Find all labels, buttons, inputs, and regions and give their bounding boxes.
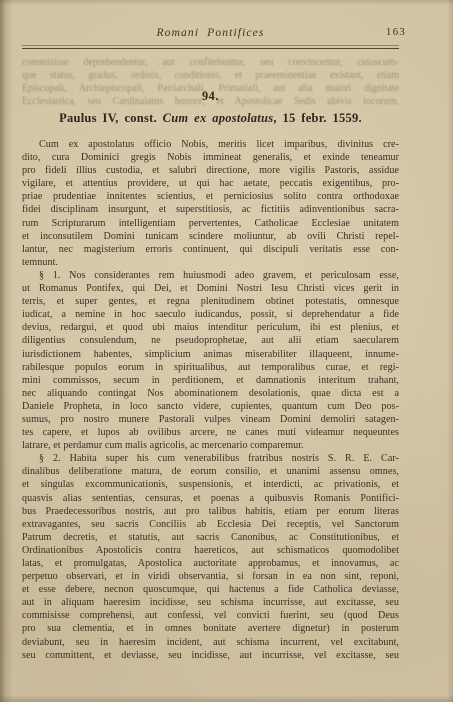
page-left-edge-shadow: [0, 0, 13, 702]
text-line: mini commissos, secum in perditionem, et…: [22, 374, 399, 387]
paragraph: § 2. Habita super his cum venerabilibus …: [22, 452, 399, 662]
text-line: Daniele Propheta, in loco sancto videre,…: [22, 400, 399, 413]
text-line: extravagantes, seu sacris Conciliis ab E…: [22, 518, 399, 531]
text-line: temnunt.: [22, 256, 399, 269]
text-line: lantur, nec magisterium erroris continue…: [22, 243, 399, 256]
text-line: § 2. Habita super his cum venerabilibus …: [22, 452, 399, 465]
text-line: dinalibus deliberatione matura, de eorum…: [22, 465, 399, 478]
paragraph: Cum ex apostolatus officio Nobis, meriti…: [22, 138, 399, 269]
text-line: priae prudentiae innitentes scientius, e…: [22, 190, 399, 203]
heading-italic-title: Cum ex apostolatus: [163, 111, 274, 125]
text-line: pro sua clementia, et in omnes bonitate …: [22, 622, 399, 635]
text-line: fidei disciplinam insurgunt, et supersti…: [22, 203, 399, 216]
text-line: Ordinationibus Apostolicis contra haeret…: [22, 544, 399, 557]
page-number: 163: [386, 26, 406, 38]
section-number: 94.: [22, 89, 399, 104]
text-line: iudicat, a nemine in hoc saeculo iudican…: [22, 308, 399, 321]
text-line: et inconsutilem Domini tunicam scindere …: [22, 230, 399, 243]
text-line: seu committent, et deviasse, seu incidis…: [22, 649, 399, 662]
page-right-edge-shadow: [447, 0, 453, 702]
running-head: Romani Pontifices 163: [22, 26, 399, 43]
heading-prefix: Paulus IV, const.: [59, 111, 163, 125]
text-line: terris, et super gentes, et regna plenit…: [22, 295, 399, 308]
text-line: sumus, pro nostro munere Pastorali vulpe…: [22, 413, 399, 426]
text-line: commisisse comprehensi, aut confessi, ve…: [22, 609, 399, 622]
text-line: vigilare, et attentius providere, ut qui…: [22, 177, 399, 190]
paragraph: § 1. Nos considerantes rem huiusmodi ade…: [22, 269, 399, 452]
heading-suffix: , 15 febr. 1559.: [273, 111, 362, 125]
text-line: aut in aliquam haeresim incidisse, seu s…: [22, 596, 399, 609]
text-line: rum Scripturarum intelligentiam perverte…: [22, 217, 399, 230]
text-line: latas, et promulgatas, Apostolica auctor…: [22, 557, 399, 570]
text-line: § 1. Nos considerantes rem huiusmodi ade…: [22, 269, 399, 282]
text-line: bus Praedecessoribus nostris, aut pro ta…: [22, 505, 399, 518]
text-line: et esse debere, necnon quoscumque, qui h…: [22, 583, 399, 596]
text-line: quasvis alias sententias, censuras, et p…: [22, 492, 399, 505]
running-head-title: Romani Pontifices: [22, 26, 399, 39]
text-line: et singulas excommunicationis, suspensio…: [22, 478, 399, 491]
text-line: Cum ex apostolatus officio Nobis, meriti…: [22, 138, 399, 151]
text-line: iurisdictionem habentes, simplicium anim…: [22, 348, 399, 361]
text-line: Patrum decretis, et statutis, aut sacris…: [22, 531, 399, 544]
text-line: perpetuo observari, et in viridi observa…: [22, 570, 399, 583]
text-line: ut Romanus Pontifex, qui Dei, et Domini …: [22, 282, 399, 295]
text-line: pro fideli illius custodia, et salubri d…: [22, 164, 399, 177]
text-line: diligentius consulendum, ne pseudoprophe…: [22, 334, 399, 347]
text-line: tes capere, et lupos ab ovilibus arcere,…: [22, 426, 399, 439]
scanned-book-page: commisisse deprehendentur, aut confitebu…: [0, 0, 453, 702]
page-bottom-edge-shadow: [0, 695, 453, 702]
text-line: latrare, et perdamur cum malis agricolis…: [22, 439, 399, 452]
header-rule: [22, 45, 399, 52]
text-line: rabilesque populos eorum in spiritualibu…: [22, 361, 399, 374]
document-heading: Paulus IV, const. Cum ex apostolatus, 15…: [22, 111, 399, 126]
text-line: deviabunt, seu in haeresim incident, aut…: [22, 636, 399, 649]
text-line: dito, cura Dominici gregis Nobis imminea…: [22, 151, 399, 164]
page-content: Romani Pontifices 163 94. Paulus IV, con…: [22, 0, 399, 662]
text-line: devius, redargui, et quod ubi maius inte…: [22, 321, 399, 334]
body-text: Cum ex apostolatus officio Nobis, meriti…: [22, 138, 399, 662]
text-line: nec aliquando contingat Nos abominatione…: [22, 387, 399, 400]
